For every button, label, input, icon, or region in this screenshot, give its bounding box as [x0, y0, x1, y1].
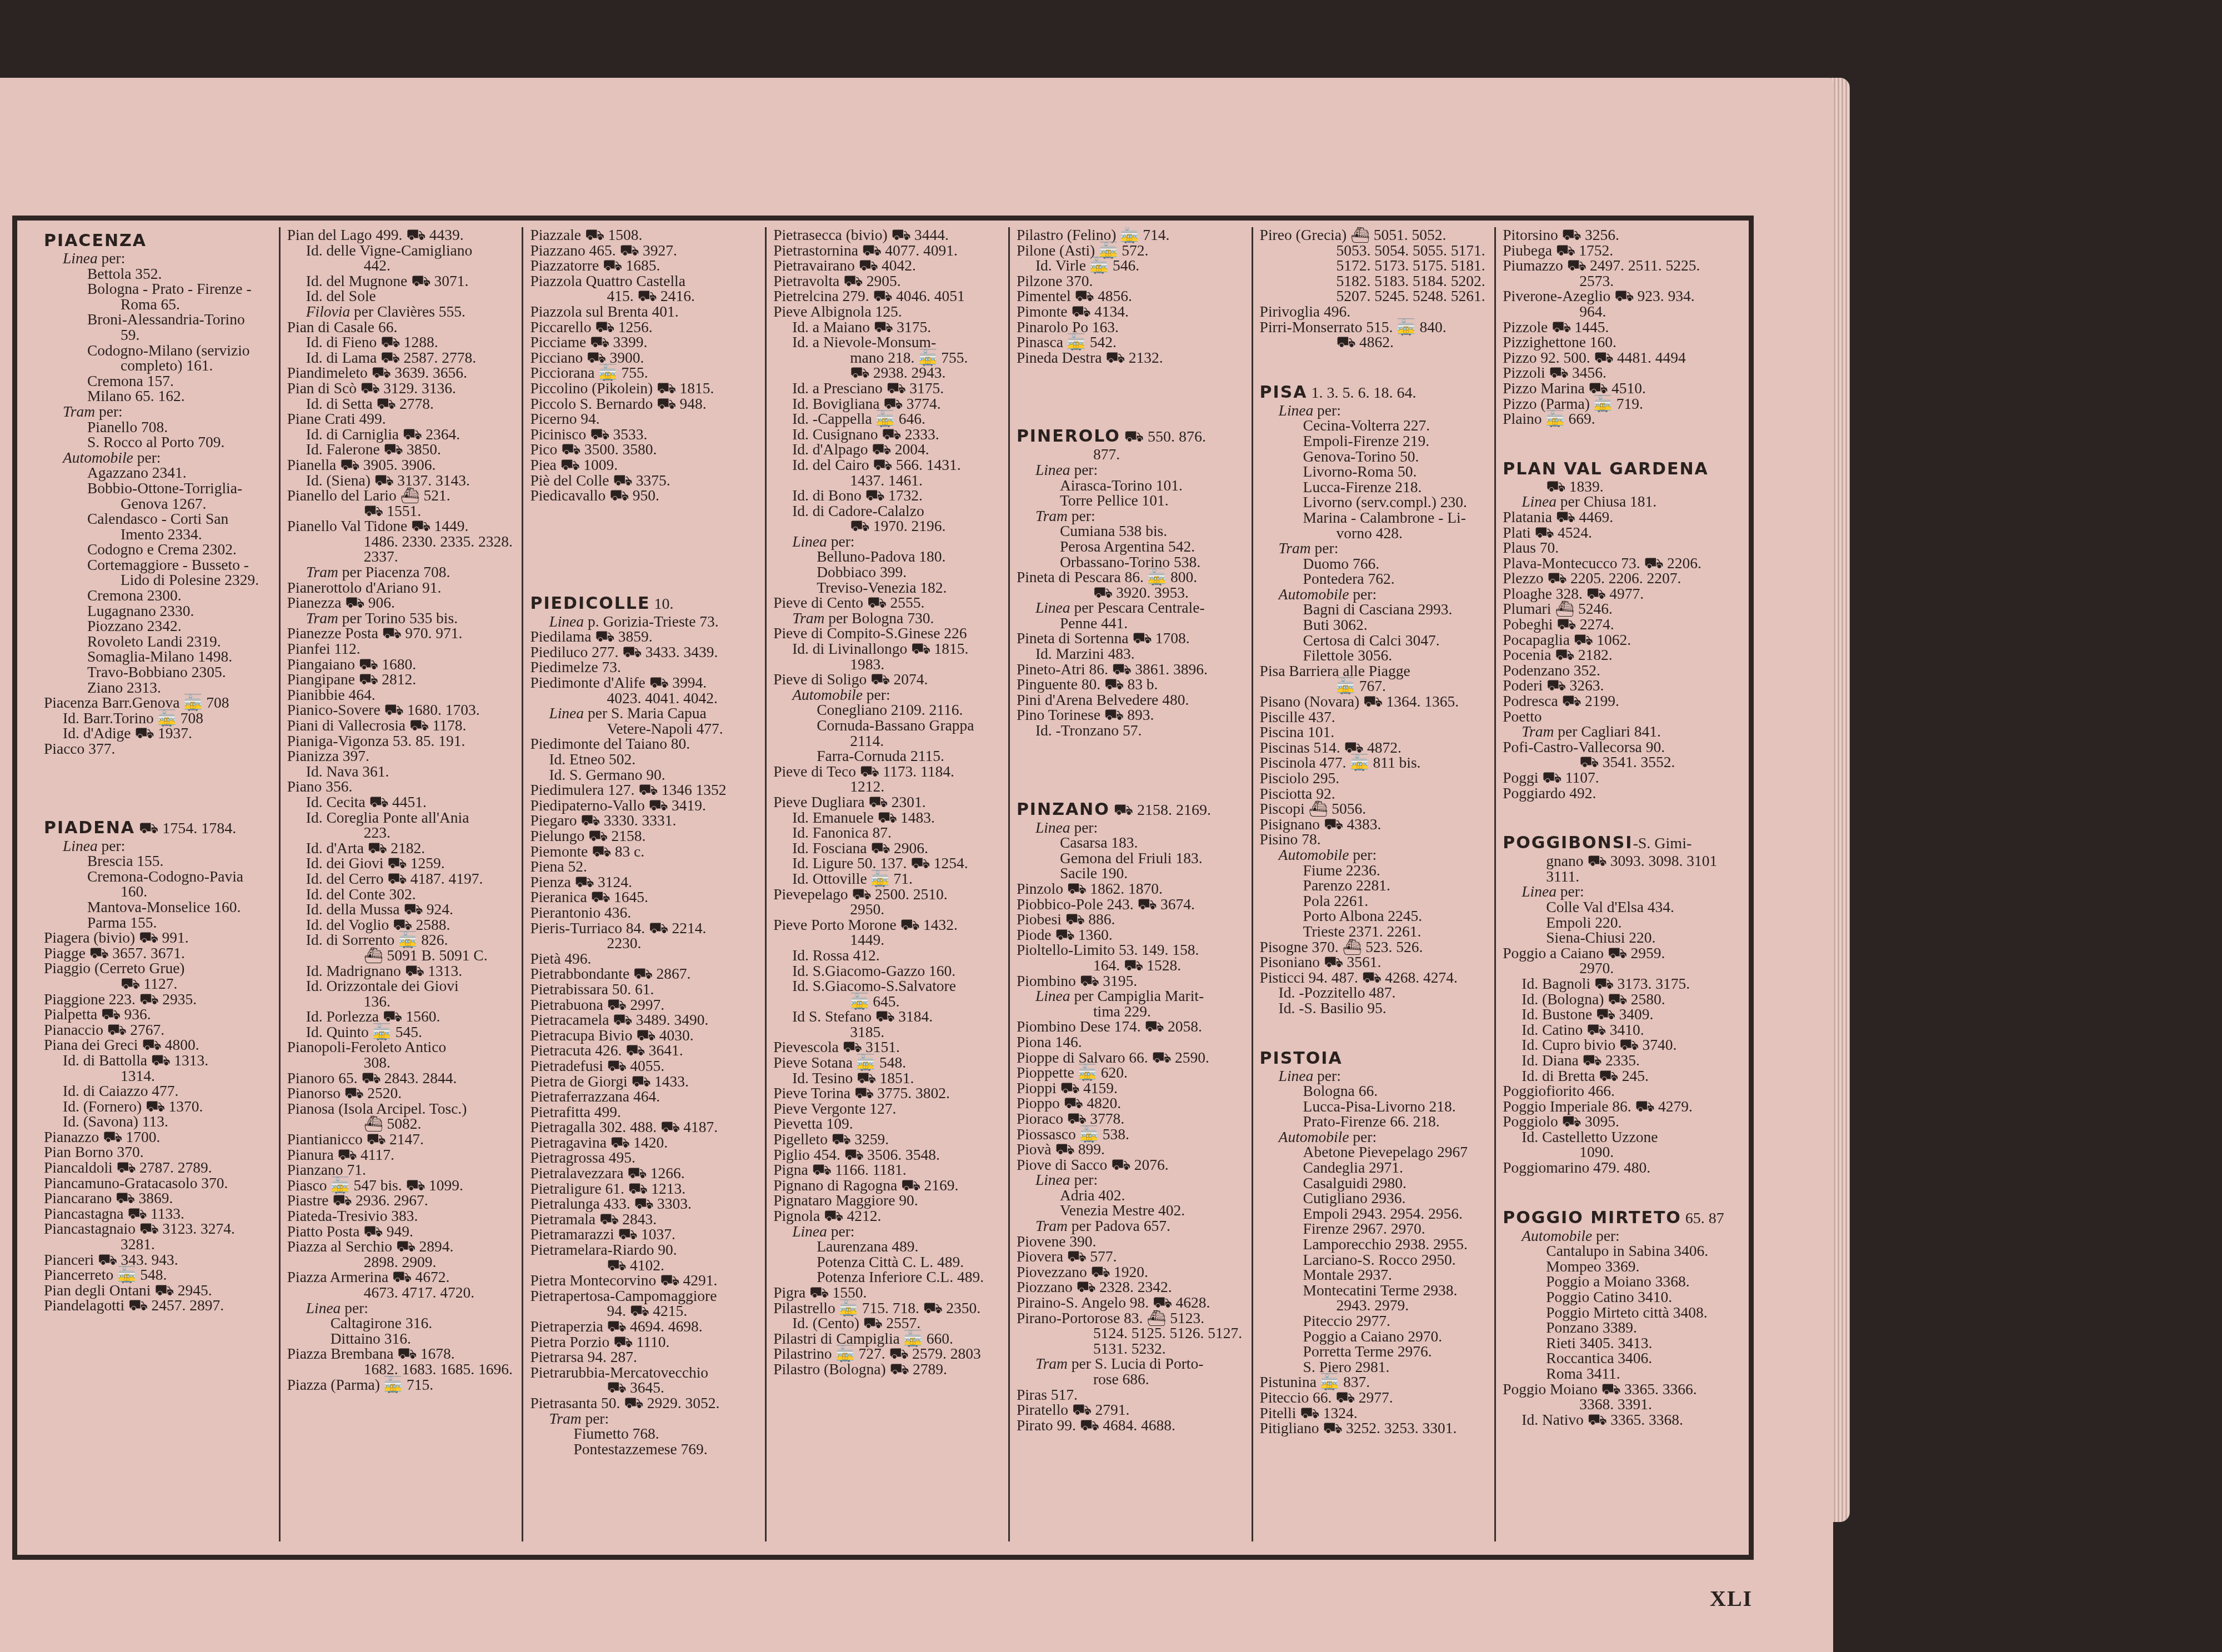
service-type-label: Linea: [1035, 461, 1070, 478]
index-entry: Automobile per:: [773, 687, 1003, 703]
index-entry: Poderi ⛟ 3263.: [1503, 678, 1732, 693]
index-entry: Pola 2261.: [1260, 893, 1489, 909]
index-entry: Pigna ⛟ 1166. 1181.: [773, 1162, 1003, 1178]
index-entry: Poggio Imperiale 86. ⛟ 4279.: [1503, 1099, 1732, 1114]
index-entry: Pianopoli-Feroleto Antico: [287, 1039, 517, 1055]
index-entry: Id. del Conte 302.: [287, 887, 517, 902]
index-entry: Id. S. Germano 90.: [530, 767, 759, 783]
index-entry: Podenzano 352.: [1503, 663, 1732, 678]
index-entry: Pietraferrazzana 464.: [530, 1089, 759, 1104]
index-entry: Piancastagna ⛟ 1133.: [44, 1206, 273, 1222]
index-entry: Pietraperzia ⛟ 4694. 4698.: [530, 1319, 759, 1334]
index-entry: Pialpetta ⛟ 936.: [44, 1007, 273, 1022]
index-entry: ⛴ 5091 B. 5091 C.: [287, 948, 517, 963]
index-entry: ⛟ 1127.: [44, 976, 273, 992]
index-entry: Orbassano-Torino 538.: [1017, 554, 1246, 570]
index-entry: Piubega ⛟ 1752.: [1503, 243, 1732, 258]
service-type-label: Automobile: [792, 686, 863, 703]
section-heading: PIADENA ⛟ 1754. 1784.: [44, 819, 273, 838]
spacer: [1503, 427, 1732, 455]
index-entry: Picciano ⛟ 3900.: [530, 350, 759, 366]
index-entry: Piateda-Tresivio 383.: [287, 1208, 517, 1224]
index-entry: Belluno-Padova 180.: [773, 549, 1003, 564]
index-entry: Pineda Destra ⛟ 2132.: [1017, 350, 1246, 366]
spacer: [1503, 1175, 1732, 1204]
index-entry: 5131. 5232.: [1017, 1341, 1246, 1356]
index-entry: Prato-Firenze 66. 218.: [1260, 1114, 1489, 1129]
index-entry: Piane Crati 499.: [287, 411, 517, 427]
index-entry: Pianceri ⛟ 343. 943.: [44, 1252, 273, 1268]
index-entry: Pioppe di Salvaro 66. ⛟ 2590.: [1017, 1050, 1246, 1065]
index-entry: Id. Ligure 50. 137. ⛟ 1254.: [773, 855, 1003, 871]
index-entry: Id. di Bono ⛟ 1732.: [773, 488, 1003, 503]
index-entry: Piedimonte del Taiano 80.: [530, 736, 759, 752]
index-entry: Pieranica ⛟ 1645.: [530, 889, 759, 905]
index-entry: Abetone Pievepelago 2967: [1260, 1144, 1489, 1160]
index-entry: Id. Marzini 483.: [1017, 646, 1246, 662]
index-entry: Id. Nativo ⛟ 3365. 3368.: [1503, 1412, 1732, 1428]
index-entry: Id. Coreglia Ponte all'Ania: [287, 810, 517, 825]
index-entry: Mompeo 3369.: [1503, 1259, 1732, 1274]
index-entry: 4673. 4717. 4720.: [287, 1285, 517, 1300]
index-entry: Poggio Mirteto città 3408.: [1503, 1305, 1732, 1320]
index-entry: Pietracuta 426. ⛟ 3641.: [530, 1043, 759, 1058]
index-entry: Podresca ⛟ 2199.: [1503, 693, 1732, 709]
index-entry: Pieve Sotana 🚋 548.: [773, 1055, 1003, 1070]
index-entry: Treviso-Venezia 182.: [773, 580, 1003, 595]
index-entry: Pietramelara-Riardo 90.: [530, 1242, 759, 1258]
index-entry: Piana dei Greci ⛟ 4800.: [44, 1037, 273, 1053]
index-entry: Pian di Scò ⛟ 3129. 3136.: [287, 381, 517, 396]
index-entry: ⛟ 1551.: [287, 503, 517, 519]
index-entry: Dobbiaco 399.: [773, 564, 1003, 580]
index-entry: Pianizza 397.: [287, 748, 517, 764]
index-entry: Bobbio-Ottone-Torriglia-: [44, 480, 273, 496]
index-entry: Piras 517.: [1017, 1387, 1246, 1403]
index-entry: Linea per:: [44, 251, 273, 266]
index-entry: gnano ⛟ 3093. 3098. 3101: [1503, 853, 1732, 869]
index-entry: Pietra Porzio ⛟ 1110.: [530, 1334, 759, 1350]
index-entry: Pirivoglia 496.: [1260, 304, 1489, 319]
index-entry: Pilzone 370.: [1017, 273, 1246, 289]
index-entry: Id. Diana ⛟ 2335.: [1503, 1053, 1732, 1068]
index-entry: Pieve di Cento ⛟ 2555.: [773, 595, 1003, 610]
section-heading-refs: ⛟ 1754. 1784.: [135, 820, 236, 837]
index-entry: Pilastrello 🚋 715. 718. ⛟ 2350.: [773, 1300, 1003, 1316]
index-entry: Linea per:: [44, 838, 273, 854]
index-entry: Id. di Lama ⛟ 2587. 2778.: [287, 350, 517, 366]
index-entry: Broni-Alessandria-Torino: [44, 312, 273, 327]
index-entry: Pigelleto ⛟ 3259.: [773, 1132, 1003, 1147]
section-heading: POGGIBONSI-S. Gimi-: [1503, 834, 1732, 853]
index-entry: Somaglia-Milano 1498.: [44, 649, 273, 664]
index-entry: Pignano di Ragogna ⛟ 2169.: [773, 1178, 1003, 1193]
index-entry: 5207. 5245. 5248. 5261.: [1260, 288, 1489, 304]
index-entry: Poggiolo ⛟ 3095.: [1503, 1114, 1732, 1129]
spacer: [530, 532, 759, 561]
index-entry: Pitelli ⛟ 1324.: [1260, 1405, 1489, 1421]
index-entry: Cecina-Volterra 227.: [1260, 418, 1489, 433]
index-entry: Pieve di Teco ⛟ 1173. 1184.: [773, 764, 1003, 779]
index-entry: Pinguente 80. ⛟ 83 b.: [1017, 677, 1246, 692]
index-entry: Agazzano 2341.: [44, 465, 273, 480]
index-entry: Gemona del Friuli 183.: [1017, 850, 1246, 866]
index-entry: Pontedera 762.: [1260, 571, 1489, 587]
index-entry: Piasco 🚋 547 bis. ⛟ 1099.: [287, 1178, 517, 1193]
section-heading: PIEDICOLLE 10.: [530, 594, 759, 614]
index-entry: Trieste 2371. 2261.: [1260, 924, 1489, 939]
index-entry: Poggio Moiano ⛟ 3365. 3366.: [1503, 1381, 1732, 1397]
index-entry: 2230.: [530, 935, 759, 951]
index-entry: Linea per:: [773, 534, 1003, 549]
index-entry: Pietrabbondante ⛟ 2867.: [530, 966, 759, 982]
index-entry: Piazzano 465. ⛟ 3927.: [530, 243, 759, 258]
index-entry: Id. a Nievole-Monsum-: [773, 334, 1003, 350]
index-entry: Livorno-Roma 50.: [1260, 464, 1489, 479]
index-entry: Id. di Fieno ⛟ 1288.: [287, 334, 517, 350]
index-entry: Pirri-Monserrato 515. 🚋 840.: [1260, 319, 1489, 335]
index-entry: Linea per:: [287, 1300, 517, 1316]
index-entry: Potenza Inferiore C.L. 489.: [773, 1269, 1003, 1285]
index-entry: 94. ⛟ 4215.: [530, 1303, 759, 1319]
index-entry: Automobile per:: [1260, 587, 1489, 602]
index-entry: Id. del Sole: [287, 288, 517, 304]
index-entry: 2943. 2979.: [1260, 1298, 1489, 1313]
index-entry: Piancarano ⛟ 3869.: [44, 1190, 273, 1206]
index-entry: Poggio a Caiano 2970.: [1260, 1329, 1489, 1344]
index-entry: Pirano-Portorose 83. ⛴ 5123.: [1017, 1310, 1246, 1326]
index-entry: Linea per Chiusa 181.: [1503, 494, 1732, 509]
index-entry: Pietraligure 61. ⛟ 1213.: [530, 1181, 759, 1197]
index-entry: Genova-Torino 50.: [1260, 449, 1489, 464]
index-entry: Pofi-Castro-Vallecorsa 90.: [1503, 739, 1732, 755]
service-type-label: Linea: [792, 1223, 827, 1240]
service-type-label: Automobile: [1522, 1227, 1592, 1244]
index-entry: Vetere-Napoli 477.: [530, 721, 759, 737]
index-entry: Montale 2937.: [1260, 1267, 1489, 1283]
spacer: [530, 561, 759, 590]
index-entry: Id. Bagnoli ⛟ 3173. 3175.: [1503, 976, 1732, 992]
index-entry: Piani di Vallecrosia ⛟ 1178.: [287, 718, 517, 733]
index-entry: Piscopi ⛴ 5056.: [1260, 801, 1489, 817]
index-entry: Tram per Cagliari 841.: [1503, 724, 1732, 739]
index-entry: Cumiana 538 bis.: [1017, 523, 1246, 539]
index-entry: Pizzo Marina ⛟ 4510.: [1503, 381, 1732, 396]
index-entry: Pitorsino ⛟ 3256.: [1503, 227, 1732, 243]
index-entry: Id. Barr.Torino 🚋 708: [44, 710, 273, 726]
index-entry: Piscina 101.: [1260, 724, 1489, 740]
index-entry: Plezzo ⛟ 2205. 2206. 2207.: [1503, 570, 1732, 586]
service-type-label: Tram: [792, 609, 824, 627]
index-entry: Pocapaglia ⛟ 1062.: [1503, 632, 1732, 648]
index-entry: Id. di Battolla ⛟ 1313.: [44, 1053, 273, 1068]
index-entry: 964.: [1503, 304, 1732, 319]
index-entry: 🚋 645.: [773, 994, 1003, 1009]
index-entry: Linea per:: [1017, 1172, 1246, 1188]
index-entry: Pievepelago ⛟ 2500. 2510.: [773, 887, 1003, 902]
index-entry: Pievetta 109.: [773, 1116, 1003, 1132]
index-entry: Firenze 2967. 2970.: [1260, 1221, 1489, 1237]
service-type-label: Tram: [1035, 507, 1068, 524]
index-entry: 3281.: [44, 1237, 273, 1252]
index-entry: Piscinola 477. 🚋 811 bis.: [1260, 755, 1489, 770]
index-entry: Piastre ⛟ 2936. 2967.: [287, 1193, 517, 1208]
index-entry: Id. di Cadore-Calalzo: [773, 503, 1003, 519]
index-entry: Piraino-S. Angelo 98. ⛟ 4628.: [1017, 1295, 1246, 1310]
index-entry: Pilone (Asti) 🚋 572.: [1017, 243, 1246, 258]
index-entry: Automobile per:: [1503, 1228, 1732, 1244]
index-entry: Pieve di Compito-S.Ginese 226: [773, 625, 1003, 641]
index-entry: Id. del Cairo ⛟ 566. 1431.: [773, 457, 1003, 473]
service-type-label: Linea: [1522, 493, 1557, 510]
index-entry: Piobbico-Pole 243. ⛟ 3674.: [1017, 897, 1246, 912]
index-entry: Pineto-Atri 86. ⛟ 3861. 3896.: [1017, 662, 1246, 677]
index-entry: rose 686.: [1017, 1371, 1246, 1387]
index-entry: 59.: [44, 327, 273, 343]
index-entry: Certosa di Calci 3047.: [1260, 633, 1489, 648]
section-heading-refs: 10.: [650, 595, 673, 613]
index-entry: Id S. Stefano ⛟ 3184.: [773, 1009, 1003, 1024]
index-entry: Pietra de Giorgi ⛟ 1433.: [530, 1074, 759, 1089]
index-entry: Piandimeleto ⛟ 3639. 3656.: [287, 365, 517, 381]
index-entry: Caltagirone 316.: [287, 1315, 517, 1331]
spacer: [1017, 365, 1246, 394]
index-entry: Pietrafitta 499.: [530, 1104, 759, 1120]
section-heading: PISTOIA: [1260, 1049, 1489, 1068]
index-entry: Pianiga-Vigonza 53. 85. 191.: [287, 733, 517, 749]
index-entry: Pianaccio ⛟ 2767.: [44, 1022, 273, 1038]
index-entry: Cremona-Codogno-Pavia: [44, 869, 273, 884]
index-entry: Fiume 2236.: [1260, 863, 1489, 878]
index-entry: Pian del Lago 499. ⛟ 4439.: [287, 227, 517, 243]
spacer: [44, 785, 273, 814]
service-type-label: Linea: [1522, 883, 1557, 900]
section-heading-refs: ⛟ 2158. 2169.: [1110, 802, 1211, 819]
index-entry: Id. S.Giacomo-S.Salvatore: [773, 978, 1003, 994]
index-entry: Piea ⛟ 1009.: [530, 457, 759, 473]
index-entry: Piazzola Quattro Castella: [530, 273, 759, 289]
index-entry: 1437. 1461.: [773, 473, 1003, 488]
index-entry: Id. -Cappella 🚋 646.: [773, 411, 1003, 427]
index-entry: 415. ⛟ 2416.: [530, 288, 759, 304]
index-entry: Livorno (serv.compl.) 230.: [1260, 494, 1489, 510]
index-entry: Pianura ⛟ 4117.: [287, 1147, 517, 1163]
index-entry: 223.: [287, 825, 517, 840]
spacer: [44, 757, 273, 785]
index-entry: Pilastro (Bologna) ⛟ 2789.: [773, 1361, 1003, 1377]
index-entry: 1449.: [773, 932, 1003, 948]
index-entry: Id. del Cerro ⛟ 4187. 4197.: [287, 871, 517, 887]
index-entry: Id. della Mussa ⛟ 924.: [287, 902, 517, 917]
section-heading: PINZANO ⛟ 2158. 2169.: [1017, 800, 1246, 820]
service-type-label: Tram: [63, 403, 95, 420]
index-entry: ⛟ 2938. 2943.: [773, 365, 1003, 381]
index-entry: Pieve Porto Morone ⛟ 1432.: [773, 917, 1003, 933]
service-type-label: Automobile: [1279, 585, 1349, 603]
index-entry: Cornuda-Bassano Grappa: [773, 718, 1003, 733]
index-entry: Pilastrino 🚋 727. ⛟ 2579. 2803: [773, 1346, 1003, 1361]
index-entry: Pianerottolo d'Ariano 91.: [287, 580, 517, 595]
index-entry: Piangaiano ⛟ 1680.: [287, 657, 517, 672]
index-entry: Pioppi ⛟ 4159.: [1017, 1080, 1246, 1096]
index-column-7: Pitorsino ⛟ 3256.Piubega ⛟ 1752.Piumazzo…: [1494, 227, 1738, 1541]
index-entry: Bologna - Prato - Firenze -: [44, 281, 273, 297]
index-entry: Poggi ⛟ 1107.: [1503, 770, 1732, 785]
index-entry: Codogno e Crema 2302.: [44, 542, 273, 557]
index-entry: Cortemaggiore - Busseto -: [44, 557, 273, 573]
index-entry: tima 229.: [1017, 1004, 1246, 1019]
index-entry: 4023. 4041. 4042.: [530, 690, 759, 706]
index-entry: Id. Bustone ⛟ 3409.: [1503, 1007, 1732, 1022]
index-entry: Pianello del Lario ⛴ 521.: [287, 488, 517, 503]
index-entry: Pianoro 65. ⛟ 2843. 2844.: [287, 1070, 517, 1086]
index-entry: 3111.: [1503, 869, 1732, 884]
index-entry: Id. S.Giacomo-Gazzo 160.: [773, 963, 1003, 979]
index-entry: Pineta di Pescara 86. 🚋 800.: [1017, 569, 1246, 585]
index-entry: Piediluco 277. ⛟ 3433. 3439.: [530, 644, 759, 660]
index-entry: Piedimelze 73.: [530, 659, 759, 675]
index-entry: Pimonte ⛟ 4134.: [1017, 304, 1246, 319]
index-entry: Id. (Savona) 113.: [44, 1114, 273, 1129]
index-entry: Casarsa 183.: [1017, 835, 1246, 850]
index-entry: Piona 146.: [1017, 1034, 1246, 1050]
index-entry: 5124. 5125. 5126. 5127.: [1017, 1325, 1246, 1341]
index-entry: Pioltello-Limito 53. 149. 158.: [1017, 942, 1246, 958]
index-entry: Pietramala ⛟ 2843.: [530, 1212, 759, 1227]
index-entry: Cutigliano 2936.: [1260, 1190, 1489, 1206]
service-type-label: Linea: [1279, 1067, 1314, 1084]
index-entry: Pioraco ⛟ 3778.: [1017, 1111, 1246, 1127]
index-entry: Pianzano 71.: [287, 1162, 517, 1178]
index-entry: Plaino 🚋 669.: [1503, 411, 1732, 427]
index-entry: Piedimulera 127. ⛟ 1346 1352: [530, 782, 759, 798]
index-entry: Id. Castelletto Uzzone: [1503, 1129, 1732, 1145]
index-entry: ⛟ 3541. 3552.: [1503, 754, 1732, 770]
service-type-label: Automobile: [63, 449, 133, 466]
section-heading: POGGIO MIRTETO 65. 87: [1503, 1209, 1732, 1228]
index-entry: Pianezza ⛟ 906.: [287, 595, 517, 610]
index-entry: Rieti 3405. 3413.: [1503, 1335, 1732, 1351]
index-entry: Pistunina 🚋 837.: [1260, 1374, 1489, 1390]
index-entry: Filovia per Clavières 555.: [287, 304, 517, 319]
index-entry: 1983.: [773, 657, 1003, 672]
index-entry: Tram per Piacenza 708.: [287, 564, 517, 580]
service-type-label: Linea: [63, 837, 98, 854]
index-entry: Id. di Caiazzo 477.: [44, 1083, 273, 1099]
index-entry: Siena-Chiusi 220.: [1503, 930, 1732, 945]
index-entry: Id. Etneo 502.: [530, 752, 759, 767]
index-entry: Id. Cusignano ⛟ 2333.: [773, 427, 1003, 442]
index-entry: Piancerreto 🚋 548.: [44, 1267, 273, 1283]
index-entry: ⛟ 4862.: [1260, 334, 1489, 350]
spacer: [1017, 394, 1246, 423]
index-entry: Piozzano ⛟ 2328. 2342.: [1017, 1279, 1246, 1295]
index-entry: Pietrastornina ⛟ 4077. 4091.: [773, 243, 1003, 258]
index-entry: Pietrabuona ⛟ 2997.: [530, 997, 759, 1013]
index-entry: Piagera (bivio) ⛟ 991.: [44, 930, 273, 945]
index-entry: Piglio 454. ⛟ 3506. 3548.: [773, 1147, 1003, 1163]
index-entry: Pianfei 112.: [287, 641, 517, 657]
index-entry: 3185.: [773, 1024, 1003, 1040]
index-entry: Id. (Siena) ⛟ 3137. 3143.: [287, 473, 517, 488]
section-heading: PIACENZA: [44, 232, 273, 251]
index-entry: Plati ⛟ 4524.: [1503, 525, 1732, 540]
index-entry: Pisignano ⛟ 4383.: [1260, 817, 1489, 832]
index-entry: Id. di Sorrento 🚋 826.: [287, 932, 517, 948]
index-entry: Pietradefusi ⛟ 4055.: [530, 1058, 759, 1074]
index-entry: Piratello ⛟ 2791.: [1017, 1402, 1246, 1418]
index-entry: Pitigliano ⛟ 3252. 3253. 3301.: [1260, 1420, 1489, 1436]
index-entry: Id. d'Arta ⛟ 2182.: [287, 840, 517, 856]
index-entry: Piode ⛟ 1360.: [1017, 927, 1246, 943]
index-entry: Piscille 437.: [1260, 709, 1489, 725]
index-entry: 1212.: [773, 779, 1003, 794]
index-entry: Picciame ⛟ 3399.: [530, 334, 759, 350]
index-entry: Pimentel ⛟ 4856.: [1017, 288, 1246, 304]
index-entry: Pisticci 94. 487. ⛟ 4268. 4274.: [1260, 970, 1489, 985]
index-entry: Id. di Livinallongo ⛟ 1815.: [773, 641, 1003, 657]
service-type-label: Linea: [792, 533, 827, 550]
index-entry: Pinarolo Po 163.: [1017, 319, 1246, 335]
page-number: XLI: [1710, 1585, 1753, 1611]
index-entry: Pieve Albignola 125.: [773, 304, 1003, 319]
index-entry: Pierantonio 436.: [530, 905, 759, 920]
index-entry: Piegaro ⛟ 3330. 3331.: [530, 813, 759, 828]
index-entry: Parma 155.: [44, 915, 273, 930]
service-type-label: Linea: [1035, 819, 1070, 836]
index-entry: Pioppo ⛟ 4820.: [1017, 1095, 1246, 1111]
section-heading: PISA 1. 3. 5. 6. 18. 64.: [1260, 383, 1489, 403]
index-entry: 2950.: [773, 902, 1003, 917]
index-entry: Porretta Terme 2976.: [1260, 1344, 1489, 1359]
index-entry: Id. di Setta ⛟ 2778.: [287, 396, 517, 412]
index-entry: Piossasco 🚋 538.: [1017, 1127, 1246, 1142]
index-entry: Ziano 2313.: [44, 680, 273, 695]
index-entry: Piedipaterno-Vallo ⛟ 3419.: [530, 798, 759, 813]
index-entry: Pilastro (Felino) 🚋 714.: [1017, 227, 1246, 243]
index-entry: mano 218. 🚋 755.: [773, 350, 1003, 366]
index-entry: Piano 356.: [287, 779, 517, 794]
index-entry: Piobesi ⛟ 886.: [1017, 912, 1246, 927]
index-entry: Piazza Armerina ⛟ 4672.: [287, 1269, 517, 1285]
index-entry: Piaggio (Cerreto Grue): [44, 960, 273, 976]
index-entry: Platania ⛟ 4469.: [1503, 509, 1732, 525]
index-entry: Perosa Argentina 542.: [1017, 539, 1246, 554]
index-entry: Pianezze Posta ⛟ 970. 971.: [287, 625, 517, 641]
index-entry: Pianosa (Isola Arcipel. Tosc.): [287, 1101, 517, 1117]
index-entry: Poggio Catino 3410.: [1503, 1289, 1732, 1305]
index-entry: Buti 3062.: [1260, 617, 1489, 633]
index-entry: Piteccio 66. ⛟ 2977.: [1260, 1390, 1489, 1405]
index-entry: Tram per:: [530, 1411, 759, 1426]
index-entry: Fiumetto 768.: [530, 1426, 759, 1441]
spacer: [1017, 767, 1246, 796]
index-entry: Pietravairano ⛟ 4042.: [773, 258, 1003, 273]
index-entry: 1682. 1683. 1685. 1696.: [287, 1361, 517, 1377]
index-entry: Lido di Polesine 2329.: [44, 572, 273, 588]
section-heading: PINEROLO ⛟ 550. 876.: [1017, 427, 1246, 447]
index-entry: Piancamuno-Gratacasolo 370.: [44, 1175, 273, 1191]
index-entry: Casalguidi 2980.: [1260, 1175, 1489, 1191]
index-entry: Pianazzo ⛟ 1700.: [44, 1129, 273, 1145]
index-entry: Pisciolo 295.: [1260, 770, 1489, 786]
index-entry: Laurenzana 489.: [773, 1239, 1003, 1254]
index-entry: Piscinas 514. ⛟ 4872.: [1260, 740, 1489, 755]
section-heading-refs: 65. 87: [1681, 1210, 1724, 1227]
service-type-label: Linea: [1279, 402, 1314, 419]
index-entry: Pizzole ⛟ 1445.: [1503, 319, 1732, 335]
index-entry: Pizzo (Parma) 🚋 719.: [1503, 396, 1732, 412]
